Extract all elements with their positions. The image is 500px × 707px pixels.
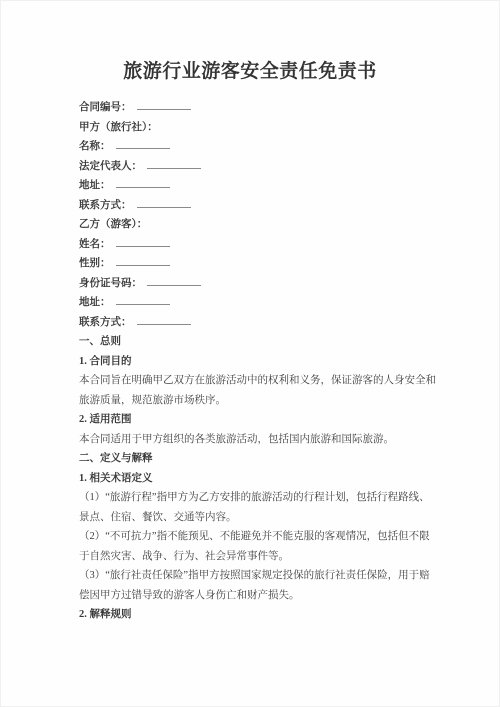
section-heading: 2. 解释规则 bbox=[79, 605, 437, 625]
form-fields: 合同编号：甲方（旅行社）：名称：法定代表人：地址：联系方式：乙方（游客）：姓名：… bbox=[79, 98, 437, 332]
fill-in-blank bbox=[147, 274, 201, 286]
form-field-row: 法定代表人： bbox=[79, 157, 437, 177]
form-field-row: 地址： bbox=[79, 176, 437, 196]
form-field-row: 乙方（游客）： bbox=[79, 215, 437, 235]
paragraph: （3）“旅行社责任保险”指甲方按照国家规定投保的旅行社责任保险，用于赔偿因甲方过… bbox=[79, 566, 437, 605]
form-field-label: 名称： bbox=[79, 141, 111, 152]
section-heading: 1. 合同目的 bbox=[79, 352, 437, 372]
form-field-label: 姓名： bbox=[79, 239, 111, 250]
paragraph: 本合同适用于甲方组织的各类旅游活动，包括国内旅游和国际旅游。 bbox=[79, 430, 437, 450]
form-field-label: 身份证号码： bbox=[79, 278, 142, 289]
form-field-row: 身份证号码： bbox=[79, 274, 437, 294]
paragraph: 本合同旨在明确甲乙双方在旅游活动中的权利和义务，保证游客的人身安全和旅游质量，规… bbox=[79, 371, 437, 410]
document-content: 合同编号：甲方（旅行社）：名称：法定代表人：地址：联系方式：乙方（游客）：姓名：… bbox=[79, 98, 437, 625]
fill-in-blank bbox=[137, 196, 191, 208]
form-field-row: 联系方式： bbox=[79, 196, 437, 216]
form-field-row: 联系方式： bbox=[79, 313, 437, 333]
fill-in-blank bbox=[116, 254, 170, 266]
fill-in-blank bbox=[147, 157, 201, 169]
form-field-label: 法定代表人： bbox=[79, 161, 142, 172]
form-field-label: 地址： bbox=[79, 180, 111, 191]
document-title: 旅游行业游客安全责任免责书 bbox=[1, 57, 499, 87]
contract-body: 一、总则1. 合同目的本合同旨在明确甲乙双方在旅游活动中的权利和义务，保证游客的… bbox=[79, 332, 437, 625]
form-field-label: 乙方（游客）： bbox=[79, 219, 147, 230]
form-field-label: 性别： bbox=[79, 258, 111, 269]
form-field-row: 地址： bbox=[79, 293, 437, 313]
section-heading: 1. 相关术语定义 bbox=[79, 469, 437, 489]
section-heading: 2. 适用范围 bbox=[79, 410, 437, 430]
fill-in-blank bbox=[137, 313, 191, 325]
paragraph: （1）“旅游行程”指甲方为乙方安排的旅游活动的行程计划，包括行程路线、景点、住宿… bbox=[79, 488, 437, 527]
form-field-row: 名称： bbox=[79, 137, 437, 157]
fill-in-blank bbox=[137, 98, 191, 110]
form-field-label: 甲方（旅行社）： bbox=[79, 122, 158, 133]
form-field-label: 联系方式： bbox=[79, 317, 132, 328]
form-field-label: 地址： bbox=[79, 297, 111, 308]
fill-in-blank bbox=[116, 176, 170, 188]
form-field-label: 联系方式： bbox=[79, 200, 132, 211]
document-page: 旅游行业游客安全责任免责书 合同编号：甲方（旅行社）：名称：法定代表人：地址：联… bbox=[0, 0, 500, 707]
section-heading: 二、定义与解释 bbox=[79, 449, 437, 469]
form-field-label: 合同编号： bbox=[79, 102, 132, 113]
form-field-row: 甲方（旅行社）： bbox=[79, 118, 437, 138]
section-heading: 一、总则 bbox=[79, 332, 437, 352]
form-field-row: 姓名： bbox=[79, 235, 437, 255]
form-field-row: 性别： bbox=[79, 254, 437, 274]
paragraph: （2）“不可抗力”指不能预见、不能避免并不能克服的客观情况，包括但不限于自然灾害… bbox=[79, 527, 437, 566]
form-field-row: 合同编号： bbox=[79, 98, 437, 118]
fill-in-blank bbox=[116, 137, 170, 149]
fill-in-blank bbox=[116, 235, 170, 247]
fill-in-blank bbox=[116, 293, 170, 305]
